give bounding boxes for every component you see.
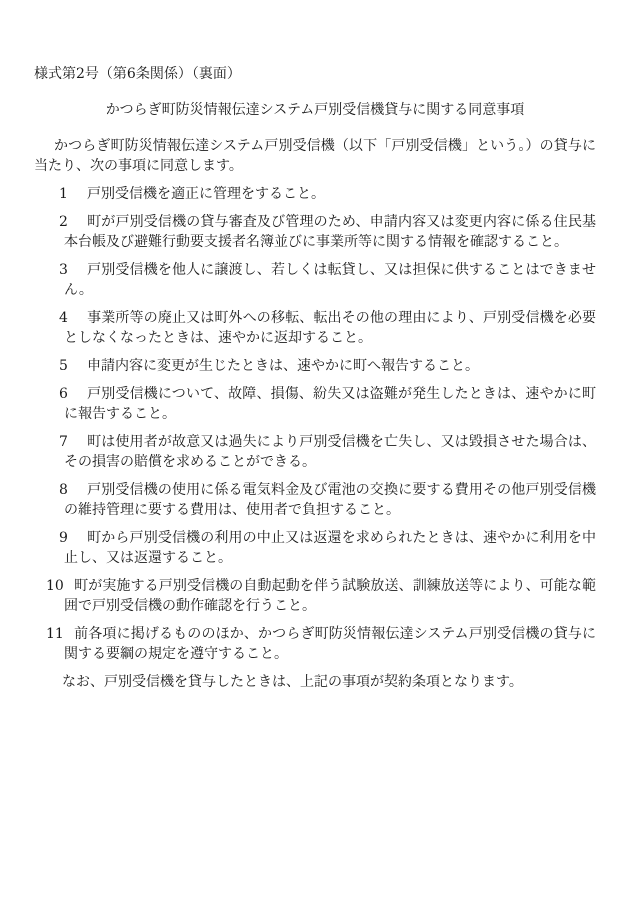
item-text: 事業所等の廃止又は町外への移転、転出その他の理由により、戸別受信機を必要としなく… (64, 310, 596, 346)
item-number: 3 (59, 260, 87, 280)
agreement-item: 9町から戸別受信機の利用の中止又は返還を求められたときは、速やかに利用を中止し、… (34, 528, 596, 568)
item-text: 前各項に掲げるもののほか、かつらぎ町防災情報伝達システム戸別受信機の貸与に関する… (64, 626, 596, 662)
item-number: 7 (59, 432, 87, 452)
agreement-item: 1戸別受信機を適正に管理をすること。 (34, 184, 596, 204)
agreement-items-list: 1戸別受信機を適正に管理をすること。 2町が戸別受信機の貸与審査及び管理のため、… (34, 184, 596, 664)
agreement-item: 2町が戸別受信機の貸与審査及び管理のため、申請内容又は変更内容に係る住民基本台帳… (34, 212, 596, 252)
item-text: 戸別受信機の使用に係る電気料金及び電池の交換に要する費用その他戸別受信機の維持管… (64, 482, 596, 518)
agreement-item: 10町が実施する戸別受信機の自動起動を伴う試験放送、訓練放送等により、可能な範囲… (34, 576, 596, 616)
item-text: 戸別受信機について、故障、損傷、紛失又は盗難が発生したときは、速やかに町に報告す… (64, 386, 596, 422)
agreement-item: 3戸別受信機を他人に譲渡し、若しくは転貸し、又は担保に供することはできません。 (34, 260, 596, 300)
item-text: 町が戸別受信機の貸与審査及び管理のため、申請内容又は変更内容に係る住民基本台帳及… (64, 214, 596, 250)
item-number: 11 (46, 624, 74, 644)
item-number: 1 (59, 184, 87, 204)
agreement-item: 4事業所等の廃止又は町外への移転、転出その他の理由により、戸別受信機を必要としな… (34, 308, 596, 348)
item-text: 戸別受信機を他人に譲渡し、若しくは転貸し、又は担保に供することはできません。 (64, 262, 596, 298)
item-text: 町から戸別受信機の利用の中止又は返還を求められたときは、速やかに利用を中止し、又… (64, 530, 596, 566)
item-number: 4 (59, 308, 87, 328)
item-number: 2 (59, 212, 87, 232)
item-text: 町は使用者が故意又は過失により戸別受信機を亡失し、又は毀損させた場合は、その損害… (64, 434, 596, 470)
item-number: 10 (46, 576, 74, 596)
item-number: 5 (59, 356, 87, 376)
document-title: かつらぎ町防災情報伝達システム戸別受信機貸与に関する同意事項 (34, 100, 596, 120)
agreement-item: 6戸別受信機について、故障、損傷、紛失又は盗難が発生したときは、速やかに町に報告… (34, 384, 596, 424)
item-number: 9 (59, 528, 87, 548)
item-text: 町が実施する戸別受信機の自動起動を伴う試験放送、訓練放送等により、可能な範囲で戸… (64, 578, 596, 614)
document-page: 様式第2号（第6条関係）（裏面） かつらぎ町防災情報伝達システム戸別受信機貸与に… (0, 0, 630, 903)
item-text: 戸別受信機を適正に管理をすること。 (87, 186, 325, 202)
form-label: 様式第2号（第6条関係）（裏面） (34, 64, 596, 84)
agreement-item: 8戸別受信機の使用に係る電気料金及び電池の交換に要する費用その他戸別受信機の維持… (34, 480, 596, 520)
agreement-item: 5申請内容に変更が生じたときは、速やかに町へ報告すること。 (34, 356, 596, 376)
agreement-item: 7町は使用者が故意又は過失により戸別受信機を亡失し、又は毀損させた場合は、その損… (34, 432, 596, 472)
agreement-item: 11前各項に掲げるもののほか、かつらぎ町防災情報伝達システム戸別受信機の貸与に関… (34, 624, 596, 664)
intro-paragraph: かつらぎ町防災情報伝達システム戸別受信機（以下「戸別受信機」という。）の貸与に当… (34, 136, 596, 176)
item-text: 申請内容に変更が生じたときは、速やかに町へ報告すること。 (87, 358, 479, 374)
item-number: 6 (59, 384, 87, 404)
item-number: 8 (59, 480, 87, 500)
closing-paragraph: なお、戸別受信機を貸与したときは、上記の事項が契約条項となります。 (34, 672, 596, 692)
